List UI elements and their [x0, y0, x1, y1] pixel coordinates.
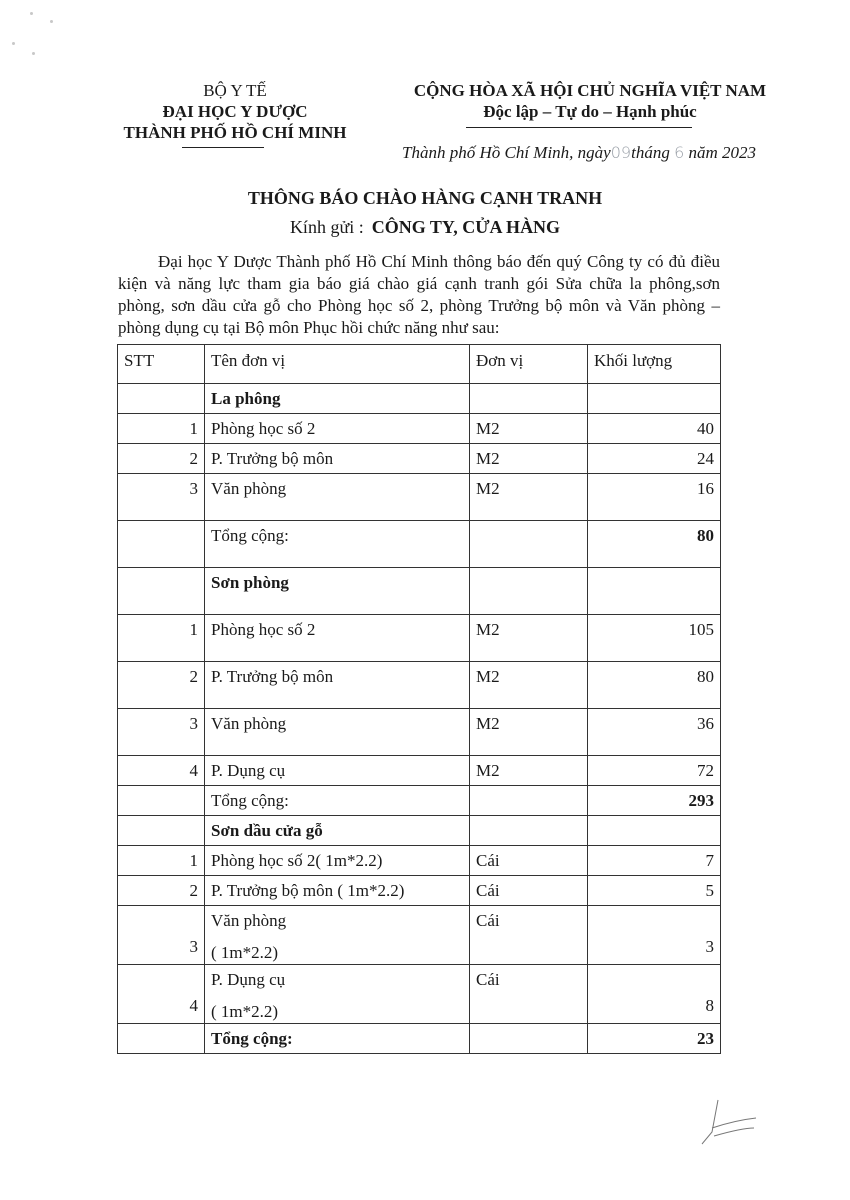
total-label: Tổng cộng: [205, 786, 470, 816]
item-name-line: Văn phòng [211, 478, 463, 500]
stt-cell: 1 [118, 615, 205, 662]
table-row: 1Phòng học số 2( 1m*2.2)Cái7 [118, 846, 721, 876]
motto-underline [466, 127, 692, 128]
national-title: CỘNG HÒA XÃ HỘI CHỦ NGHĨA VIỆT NAM [380, 80, 800, 101]
section-title-row: La phông [118, 384, 721, 414]
unit-cell: M2 [470, 474, 588, 521]
item-name: P. Dụng cụ [205, 756, 470, 786]
qty-cell: 7 [588, 846, 721, 876]
stt-cell: 1 [118, 414, 205, 444]
unit-cell: Cái [470, 846, 588, 876]
table-row: 3Văn phòngM236 [118, 709, 721, 756]
unit-cell: Cái [470, 906, 588, 965]
qty-cell: 5 [588, 876, 721, 906]
item-name-line: P. Trưởng bộ môn ( 1m*2.2) [211, 880, 463, 902]
section-title: La phông [205, 384, 470, 414]
stt-cell [118, 521, 205, 568]
qty-cell: 3 [588, 906, 721, 965]
stt-cell [118, 384, 205, 414]
section-title: Sơn phòng [205, 568, 470, 615]
salutation-label: Kính gửi : [290, 217, 364, 237]
item-name: P. Dụng cụ( 1m*2.2) [205, 965, 470, 1024]
header-name: Tên đơn vị [205, 345, 470, 384]
item-name: Phòng học số 2 [205, 414, 470, 444]
stt-cell: 4 [118, 965, 205, 1024]
total-row: Tổng cộng:80 [118, 521, 721, 568]
issuer-header: BỘ Y TẾ ĐẠI HỌC Y DƯỢC THÀNH PHỐ HỒ CHÍ … [100, 80, 370, 143]
item-name-line: Văn phòng [211, 713, 463, 735]
item-name-line: P. Trưởng bộ môn [211, 448, 463, 470]
quantity-table: STT Tên đơn vị Đơn vị Khối lượng La phôn… [117, 344, 721, 1054]
item-name-line2: ( 1m*2.2) [211, 942, 463, 964]
table-row: 4P. Dụng cụM272 [118, 756, 721, 786]
stt-cell [118, 568, 205, 615]
unit-cell [470, 521, 588, 568]
unit-cell: M2 [470, 444, 588, 474]
item-name-line: Văn phòng [211, 910, 463, 932]
salutation-recipient: CÔNG TY, CỬA HÀNG [372, 217, 560, 237]
total-value: 80 [588, 521, 721, 568]
item-name-line: P. Trưởng bộ môn [211, 666, 463, 688]
unit-cell: M2 [470, 414, 588, 444]
header-unit: Đơn vị [470, 345, 588, 384]
item-name: P. Trưởng bộ môn [205, 662, 470, 709]
item-name: Phòng học số 2 [205, 615, 470, 662]
item-name: P. Trưởng bộ môn ( 1m*2.2) [205, 876, 470, 906]
salutation: Kính gửi :CÔNG TY, CỬA HÀNG [0, 217, 850, 238]
table-row: 2P. Trưởng bộ mônM224 [118, 444, 721, 474]
item-name: P. Trưởng bộ môn [205, 444, 470, 474]
stt-cell [118, 1024, 205, 1054]
date-year: năm 2023 [689, 143, 757, 162]
stt-cell [118, 786, 205, 816]
university-name-line2: THÀNH PHỐ HỒ CHÍ MINH [100, 122, 370, 143]
unit-cell [470, 786, 588, 816]
table-row: 2P. Trưởng bộ môn ( 1m*2.2)Cái5 [118, 876, 721, 906]
stt-cell: 4 [118, 756, 205, 786]
qty-cell: 72 [588, 756, 721, 786]
unit-cell [470, 384, 588, 414]
unit-cell: Cái [470, 876, 588, 906]
item-name: Phòng học số 2( 1m*2.2) [205, 846, 470, 876]
scan-speck [12, 42, 15, 45]
stt-cell: 3 [118, 709, 205, 756]
stt-cell: 1 [118, 846, 205, 876]
item-name-line: P. Dụng cụ [211, 969, 463, 991]
header-qty: Khối lượng [588, 345, 721, 384]
qty-cell: 36 [588, 709, 721, 756]
table-row: 3Văn phòngM216 [118, 474, 721, 521]
total-value: 293 [588, 786, 721, 816]
qty-cell: 8 [588, 965, 721, 1024]
intro-paragraph: Đại học Y Dược Thành phố Hồ Chí Minh thô… [118, 251, 720, 339]
item-name-line: Phòng học số 2 [211, 619, 463, 641]
section-title-row: Sơn dầu cửa gỗ [118, 816, 721, 846]
total-value: 23 [588, 1024, 721, 1054]
stt-cell [118, 816, 205, 846]
stt-cell: 3 [118, 474, 205, 521]
item-name-line: P. Dụng cụ [211, 760, 463, 782]
item-name-line: Phòng học số 2( 1m*2.2) [211, 850, 463, 872]
table-row: 1Phòng học số 2M2105 [118, 615, 721, 662]
table-row: 3Văn phòng( 1m*2.2)Cái3 [118, 906, 721, 965]
qty-cell: 80 [588, 662, 721, 709]
unit-cell: M2 [470, 662, 588, 709]
total-row: Tổng cộng:293 [118, 786, 721, 816]
stt-cell: 3 [118, 906, 205, 965]
total-row: Tổng cộng:23 [118, 1024, 721, 1054]
date-day-handwritten: 09 [611, 143, 631, 162]
scan-speck [32, 52, 35, 55]
unit-cell: M2 [470, 756, 588, 786]
table-row: 2P. Trưởng bộ mônM280 [118, 662, 721, 709]
item-name-line: Phòng học số 2 [211, 418, 463, 440]
unit-cell [470, 816, 588, 846]
unit-cell: M2 [470, 615, 588, 662]
qty-cell [588, 384, 721, 414]
national-motto: Độc lập – Tự do – Hạnh phúc [380, 101, 800, 122]
document-date: Thành phố Hồ Chí Minh, ngày09tháng 6 năm… [402, 143, 756, 163]
unit-cell: Cái [470, 965, 588, 1024]
date-month-handwritten: 6 [674, 143, 684, 162]
total-label: Tổng cộng: [205, 521, 470, 568]
table-row: 4P. Dụng cụ( 1m*2.2)Cái8 [118, 965, 721, 1024]
total-label: Tổng cộng: [205, 1024, 470, 1054]
stt-cell: 2 [118, 662, 205, 709]
scan-speck [50, 20, 53, 23]
qty-cell [588, 816, 721, 846]
date-month-label: tháng [631, 143, 670, 162]
section-title-row: Sơn phòng [118, 568, 721, 615]
date-prefix: Thành phố Hồ Chí Minh, ngày [402, 143, 611, 162]
section-title: Sơn dầu cửa gỗ [205, 816, 470, 846]
stt-cell: 2 [118, 444, 205, 474]
item-name: Văn phòng( 1m*2.2) [205, 906, 470, 965]
national-header: CỘNG HÒA XÃ HỘI CHỦ NGHĨA VIỆT NAM Độc l… [380, 80, 800, 122]
document-title: THÔNG BÁO CHÀO HÀNG CẠNH TRANH [0, 188, 850, 209]
qty-cell: 16 [588, 474, 721, 521]
unit-cell: M2 [470, 709, 588, 756]
item-name-line2: ( 1m*2.2) [211, 1001, 463, 1023]
signature-mark [700, 1098, 760, 1148]
issuer-underline [182, 147, 264, 148]
table-header-row: STT Tên đơn vị Đơn vị Khối lượng [118, 345, 721, 384]
stt-cell: 2 [118, 876, 205, 906]
table-row: 1Phòng học số 2M240 [118, 414, 721, 444]
qty-cell [588, 568, 721, 615]
qty-cell: 40 [588, 414, 721, 444]
ministry-name: BỘ Y TẾ [100, 80, 370, 101]
qty-cell: 24 [588, 444, 721, 474]
scan-speck [30, 12, 33, 15]
qty-cell: 105 [588, 615, 721, 662]
unit-cell [470, 1024, 588, 1054]
unit-cell [470, 568, 588, 615]
item-name: Văn phòng [205, 474, 470, 521]
item-name: Văn phòng [205, 709, 470, 756]
header-stt: STT [118, 345, 205, 384]
university-name-line1: ĐẠI HỌC Y DƯỢC [100, 101, 370, 122]
